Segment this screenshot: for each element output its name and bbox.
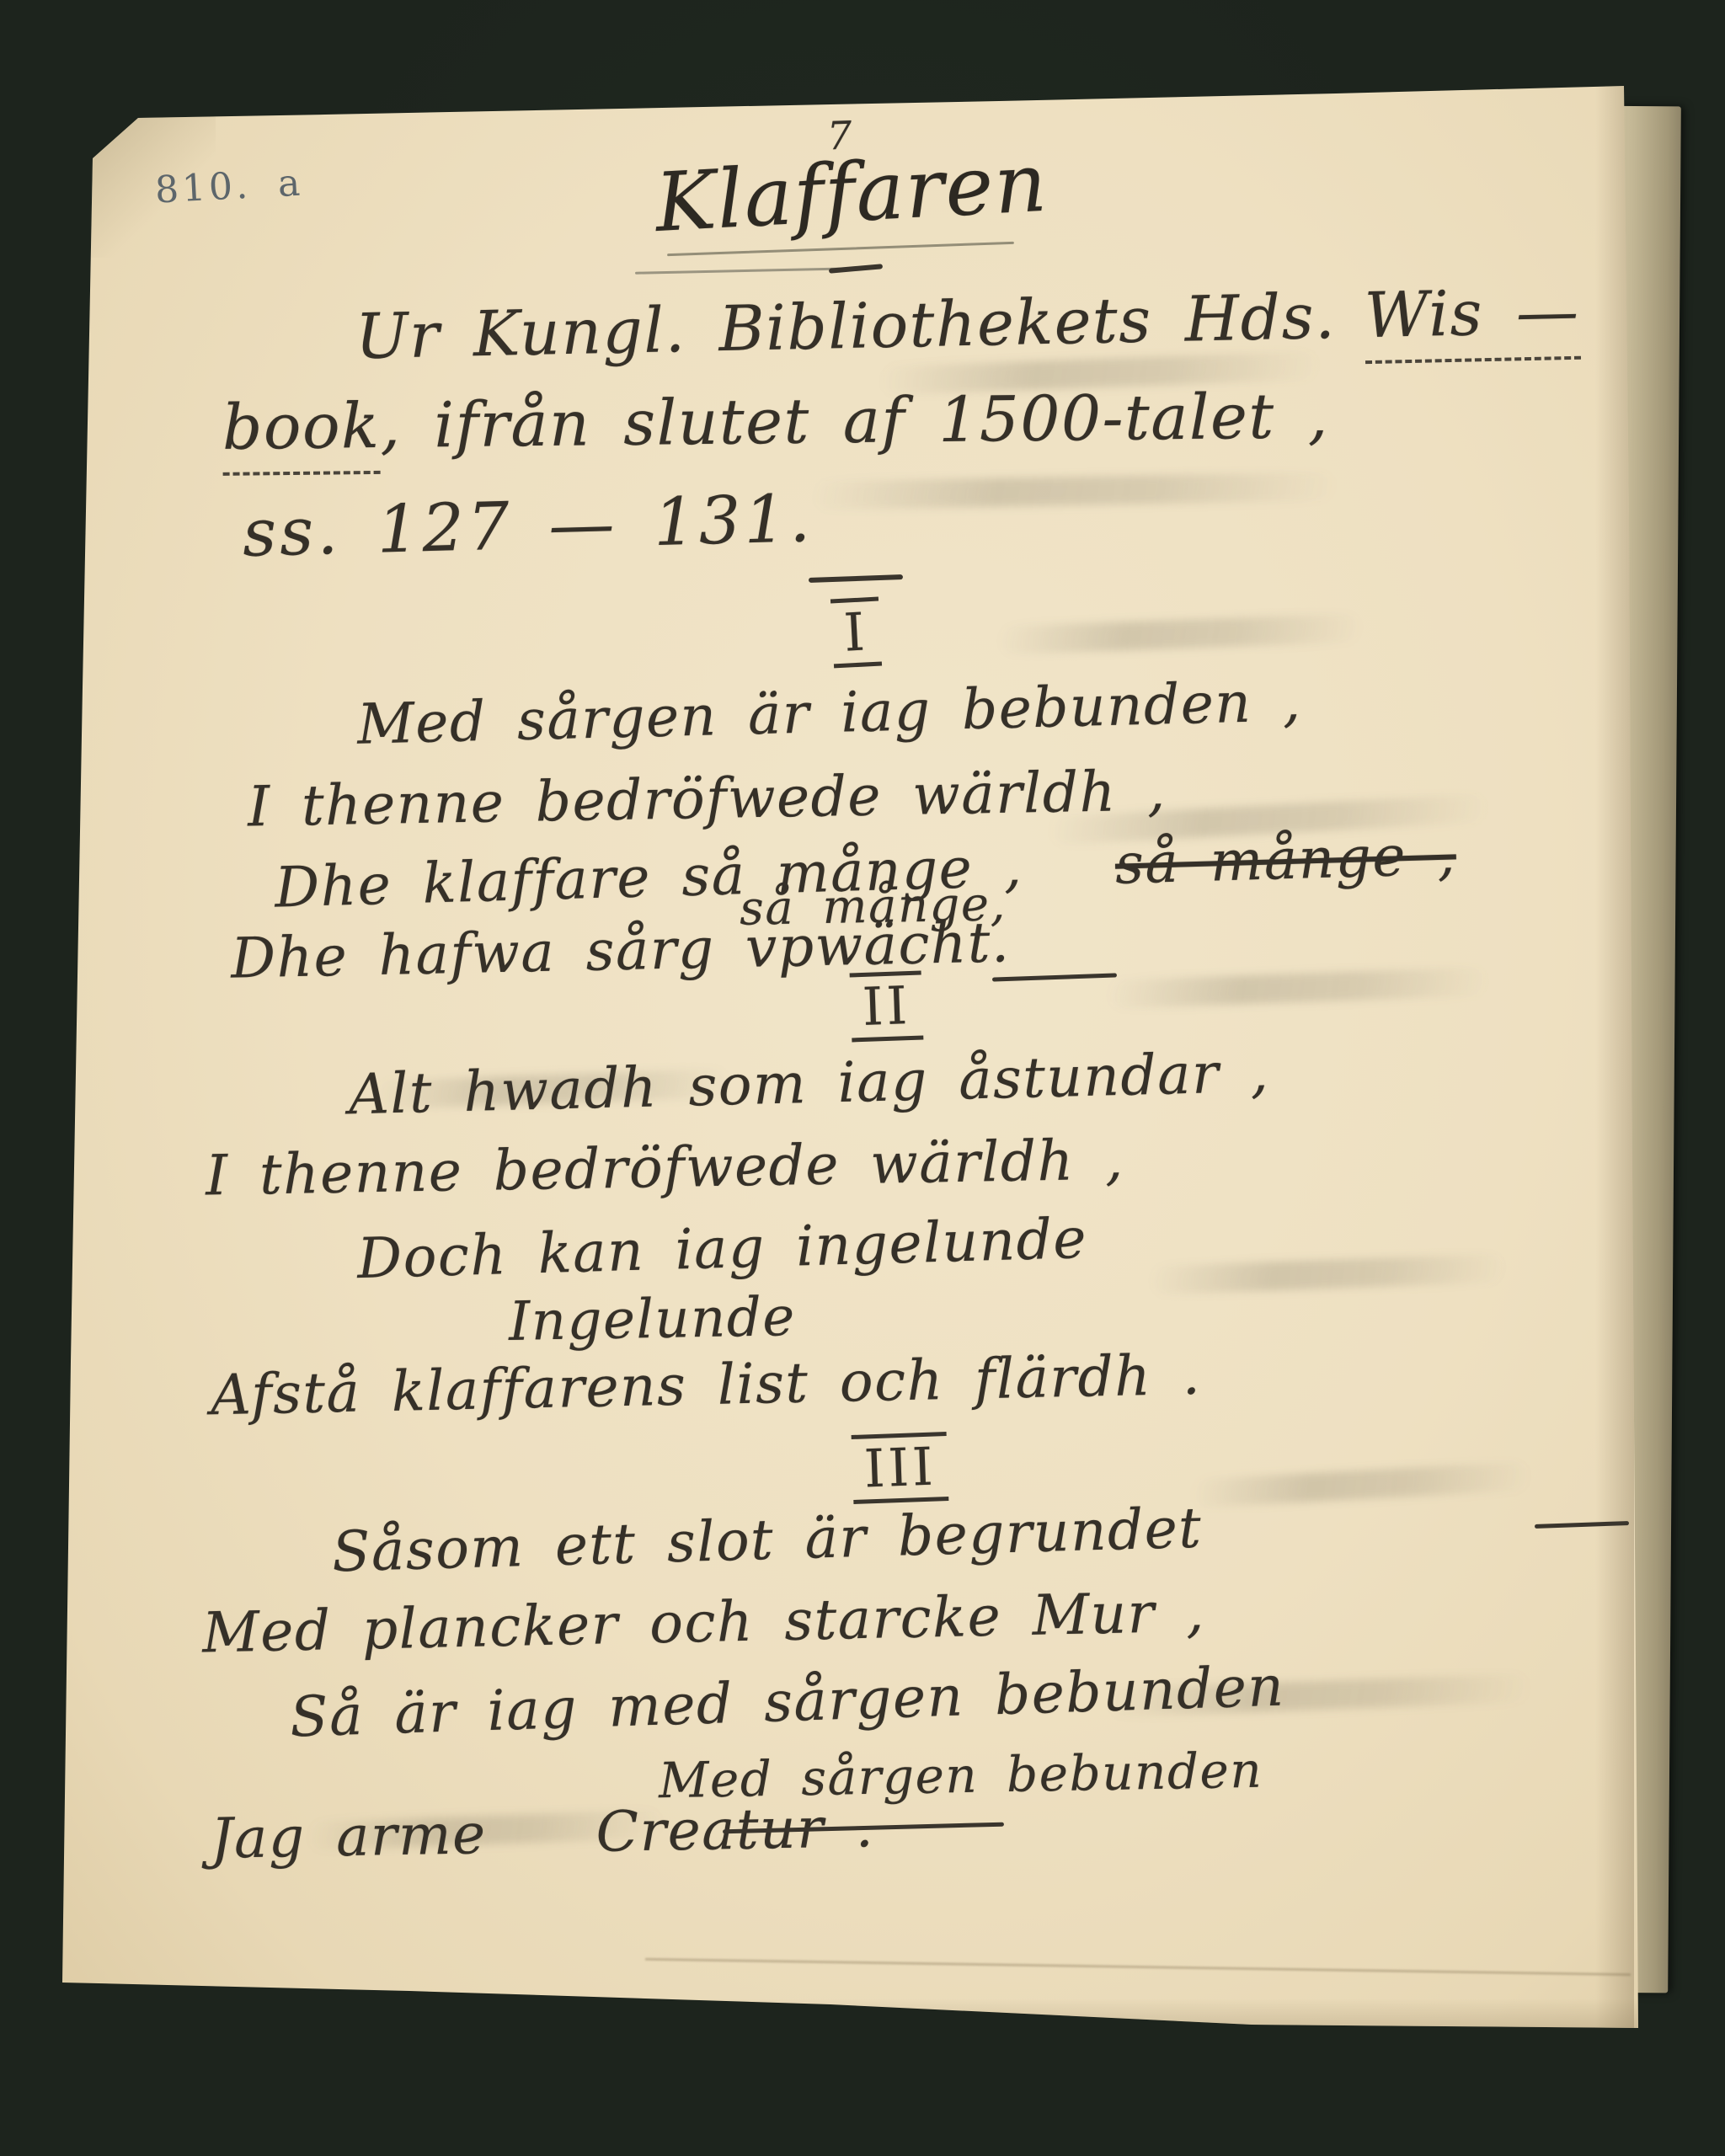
verse-line: Med sårgen är iag bebunden , — [356, 669, 1302, 756]
stanza-numeral-3: III — [852, 1432, 949, 1504]
archival-number: 810. a — [154, 161, 305, 211]
fold-crease — [645, 1958, 1631, 1976]
source-note-text: , ifrån slutet af 1500-talet , — [380, 380, 1329, 462]
pen-flourish-stroke — [992, 973, 1117, 981]
verse-line: Doch kan iag ingelunde — [356, 1206, 1088, 1291]
verse-line: Såsom ett slot är begrundet — [331, 1496, 1203, 1585]
title-dash-stroke — [829, 264, 883, 274]
section-separator-dash — [809, 574, 903, 583]
verse-line: Alt hwadh som iag åstundar , — [348, 1040, 1270, 1128]
verse-line: I thenne bedröfwede wärldh , — [247, 758, 1167, 839]
scan-background: 810. a 7 Klaffaren Ur Kungl. Bibliotheke… — [0, 0, 1725, 2156]
source-note-underlined-word: book — [222, 390, 381, 476]
source-note-line-3: ss. 127 — 131. — [242, 481, 814, 572]
title-underline-stroke — [635, 267, 856, 274]
bleed-through-ghost — [814, 472, 1336, 510]
bleed-through-ghost — [1151, 1254, 1505, 1295]
source-note-line-1: Ur Kungl. Bibliothekets Hds.Wis — — [355, 275, 1580, 373]
pen-flourish-stroke — [1535, 1521, 1629, 1529]
page-title: Klaffaren — [653, 137, 1011, 250]
stanza-numeral-2: II — [850, 971, 924, 1043]
verse-line: I thenne bedröfwede wärldh , — [205, 1127, 1124, 1208]
bleed-through-ghost — [1192, 1462, 1530, 1508]
verse-text: Jag arme — [210, 1801, 487, 1871]
bleed-through-ghost — [1108, 967, 1488, 1009]
inserted-correction: Ingelunde — [508, 1286, 796, 1353]
bottom-edge-shadow — [56, 1999, 1639, 2032]
verse-line: Afstå klaffarens list och flärdh . — [210, 1342, 1202, 1428]
verse-line: Jag armeCreatur . — [210, 1795, 874, 1871]
stanza-numeral-1: I — [830, 597, 882, 669]
verse-line: Så är iag med sårgen bebunden — [289, 1653, 1285, 1749]
struck-out-text: så månge , — [1114, 822, 1457, 896]
manuscript-page: 810. a 7 Klaffaren Ur Kungl. Bibliotheke… — [56, 81, 1639, 2047]
verse-line: Med plancker och starcke Mur , — [201, 1580, 1205, 1666]
source-note-underlined-word: Wis — — [1364, 275, 1580, 364]
source-note-text: Ur Kungl. Bibliothekets Hds. — [355, 280, 1337, 373]
bleed-through-ghost — [999, 614, 1362, 655]
source-note-line-2: book, ifrån slutet af 1500-talet , — [222, 380, 1329, 464]
